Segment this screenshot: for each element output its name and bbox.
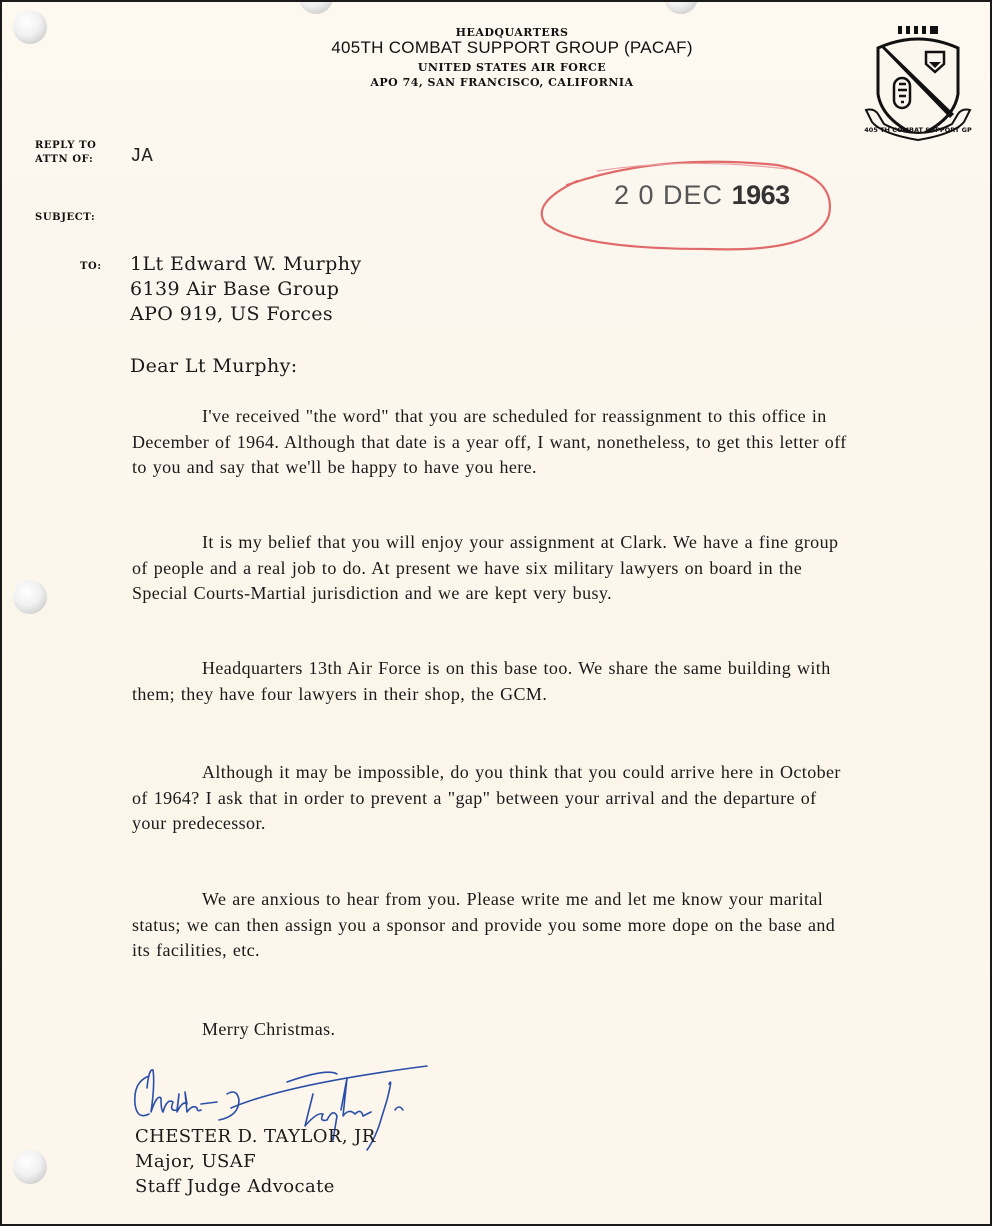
to-label: TO: xyxy=(80,260,102,274)
recipient-address: 1Lt Edward W. Murphy 6139 Air Base Group… xyxy=(130,252,361,327)
letter-page: HEADQUARTERS 405TH COMBAT SUPPORT GROUP … xyxy=(2,2,990,1224)
recipient-name: 1Lt Edward W. Murphy xyxy=(130,252,361,277)
signature-block: CHESTER D. TAYLOR, JR Major, USAF Staff … xyxy=(135,1124,376,1199)
body-paragraph: I've received "the word" that you are sc… xyxy=(132,404,852,481)
binder-hole-icon xyxy=(13,1150,47,1184)
binder-hole-icon xyxy=(13,10,47,44)
reply-to-value: JA xyxy=(130,145,153,167)
recipient-apo: APO 919, US Forces xyxy=(130,302,361,327)
date-stamp: 2 0 DEC 1963 xyxy=(614,180,790,211)
svg-text:405 TH COMBAT SUPPORT GP: 405 TH COMBAT SUPPORT GP xyxy=(864,126,972,134)
signer-rank: Major, USAF xyxy=(135,1149,376,1174)
body-paragraph: Headquarters 13th Air Force is on this b… xyxy=(132,656,852,707)
signer-name: CHESTER D. TAYLOR, JR xyxy=(135,1124,376,1149)
binder-hole-icon xyxy=(299,2,333,14)
letterhead-unit-name: 405TH COMBAT SUPPORT GROUP (PACAF) xyxy=(292,38,732,58)
body-paragraph: Although it may be impossible, do you th… xyxy=(132,760,852,837)
binder-hole-icon xyxy=(13,580,47,614)
signer-title: Staff Judge Advocate xyxy=(135,1174,376,1199)
binder-hole-icon xyxy=(664,2,698,14)
subject-label: SUBJECT: xyxy=(35,211,95,225)
reply-to-label: REPLY TO ATTN OF: xyxy=(35,139,96,167)
salutation: Dear Lt Murphy: xyxy=(130,355,298,377)
letterhead-service: UNITED STATES AIR FORCE xyxy=(302,61,722,74)
recipient-unit: 6139 Air Base Group xyxy=(130,277,361,302)
unit-crest-icon: 405 TH COMBAT SUPPORT GP xyxy=(864,24,972,142)
closing: Merry Christmas. xyxy=(202,1019,335,1040)
letterhead-address: APO 74, SAN FRANCISCO, CALIFORNIA xyxy=(302,76,702,89)
body-paragraph: We are anxious to hear from you. Please … xyxy=(132,887,852,964)
body-paragraph: It is my belief that you will enjoy your… xyxy=(132,530,852,607)
